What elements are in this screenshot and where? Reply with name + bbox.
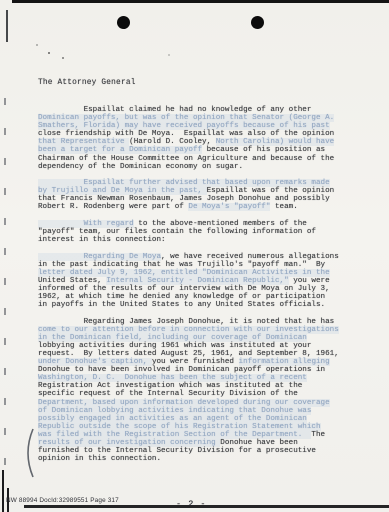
margin-bracket-mark [22,428,36,483]
document-line: Regarding De Moya, we have received nume… [38,253,339,261]
text-segment: furnished to the Internal Security Divis… [38,447,316,455]
document-line: possibly engaged in activities as an age… [38,415,339,423]
paragraph: With regard to the above-mentioned membe… [38,220,339,244]
text-segment: specific request of the Internal Securit… [38,390,298,398]
document-line: request. By letters dated August 25, 196… [38,350,339,358]
recipient-line: The Attorney General [38,79,136,87]
text-segment: in the past indicating that he was Truji… [38,261,325,269]
faded-marked-text-segment: Regarding De Moya [38,253,161,261]
document-line: Chairman of the House Committee on Agric… [38,155,339,163]
document-line: informed of the results of our interview… [38,285,339,293]
document-line: been a target for a Dominican payoff bec… [38,146,339,154]
text-segment: lobbying activities during 1961 which wa… [38,342,311,350]
text-segment: Espaillat claimed he had no knowledge of… [38,106,311,114]
scan-speck-noise [48,52,50,54]
faded-marked-text-segment: information alleging [239,358,330,366]
faded-marked-text-segment: Smathers, Florida) may have received pay… [38,122,330,130]
text-segment: Donohue have been [220,439,297,447]
text-segment: United States, [38,277,106,285]
faded-marked-text-segment: results of our investigation concerning [38,439,220,447]
document-line: Republic outside the scope of his Regist… [38,423,339,431]
paragraph: Regarding De Moya, we have received nume… [38,253,339,310]
scan-top-edge-line [12,0,389,3]
text-segment: request. By letters dated August 25, 196… [38,350,339,358]
text-segment: in payoffs in the United States to any U… [38,301,325,309]
hole-punch-icon [117,16,130,29]
document-line: opinion in this connection. [38,455,339,463]
text-segment: team. [270,203,297,211]
document-line: dependency of the Dominican economy on s… [38,163,339,171]
document-line: 1962, at which time he denied any knowle… [38,293,339,301]
document-line: Espaillat claimed he had no knowledge of… [38,106,339,114]
text-segment: because of his position as [202,146,325,154]
paragraph: Regarding James Joseph Donohue, it is no… [38,318,339,464]
document-line: interest in this connection: [38,236,339,244]
text-segment: interest in this connection: [38,236,166,244]
text-segment: dependency of the Dominican economy on s… [38,163,243,171]
document-body: Espaillat claimed he had no knowledge of… [38,106,339,472]
paragraph: Espaillat further advised that based upo… [38,179,339,211]
scanned-document-page: The Attorney General Espaillat claimed h… [0,0,389,512]
faded-marked-text-segment: in the Dominican field, including our co… [38,334,307,342]
scan-left-margin-marks [4,98,6,472]
document-line: Department, based upon information devel… [38,399,339,407]
document-line: results of our investigation concerning … [38,439,339,447]
text-segment: to the above-mentioned members of the [134,220,307,228]
page-number: - 2 - [176,499,207,509]
document-line: of Dominican lobbying activities indicat… [38,407,339,415]
scan-left-tick-mark [6,10,8,42]
document-line: in the past indicating that he was Truji… [38,261,339,269]
document-line: "payoff" team, our files contain the fol… [38,228,339,236]
hole-punch-icon [251,16,264,29]
faded-marked-text-segment: De Moya's "payoff" [188,203,270,211]
faded-marked-text-segment: come to our attention before in connecti… [38,326,339,334]
faded-marked-text-segment: Republic outside the scope of his Regist… [38,423,321,431]
faded-marked-text-segment: under Donohue's caption, [38,358,152,366]
text-segment: Robert R. Rodenberg were part of [38,203,188,211]
document-line: letter dated July 9, 1962, entitled "Dom… [38,269,339,277]
faded-marked-text-segment: been a target for a Dominican payoff [38,146,202,154]
document-line: specific request of the Internal Securit… [38,390,339,398]
text-segment: Donohue to have been involved in Dominic… [38,366,325,374]
document-line: With regard to the above-mentioned membe… [38,220,339,228]
faded-marked-text-segment: was filed with the Registration Section … [38,431,311,439]
text-segment: opinion in this connection. [38,455,161,463]
document-line: under Donohue's caption, you were furnis… [38,358,339,366]
faded-marked-text-segment: of Dominican lobbying activities indicat… [38,407,311,415]
document-line: come to our attention before in connecti… [38,326,339,334]
document-line: Regarding James Joseph Donohue, it is no… [38,318,339,326]
text-segment: "payoff" team, our files contain the fol… [38,228,316,236]
document-line: was filed with the Registration Section … [38,431,339,439]
document-line: furnished to the Internal Security Divis… [38,447,339,455]
faded-marked-text-segment: With regard [38,220,134,228]
document-line: in payoffs in the United States to any U… [38,301,339,309]
document-line: Dominican payoffs, but was of the opinio… [38,114,339,122]
faded-marked-text-segment: letter dated July 9, 1962, entitled "Dom… [38,269,330,277]
scan-corner-line [2,470,4,512]
text-segment: 1962, at which time he denied any knowle… [38,293,325,301]
faded-marked-text-segment: possibly engaged in activities as an age… [38,415,307,423]
document-line: lobbying activities during 1961 which wa… [38,342,339,350]
faded-marked-text-segment: Department, based upon information devel… [38,399,330,407]
text-segment: you were [289,277,330,285]
faded-marked-text-segment: Internal Security - Dominican Republic," [106,277,288,285]
paragraph: Espaillat claimed he had no knowledge of… [38,106,339,171]
text-segment: Chairman of the House Committee on Agric… [38,155,334,163]
text-segment: Regarding James Joseph Donohue, it is no… [38,318,334,326]
text-segment: The [311,431,325,439]
document-line: in the Dominican field, including our co… [38,334,339,342]
text-segment: you were furnished [152,358,239,366]
faded-marked-text-segment: Espaillat further advised that based upo… [38,179,330,187]
faded-marked-text-segment: Dominican payoffs, but was of the opinio… [38,114,334,122]
document-line: United States, Internal Security - Domin… [38,277,339,285]
document-line: Robert R. Rodenberg were part of De Moya… [38,203,339,211]
archive-footer-stamp: NW 88994 DocId:32989551 Page 317 [6,497,119,504]
text-segment: , we have received numerous allegations [161,253,339,261]
text-segment: informed of the results of our interview… [38,285,330,293]
